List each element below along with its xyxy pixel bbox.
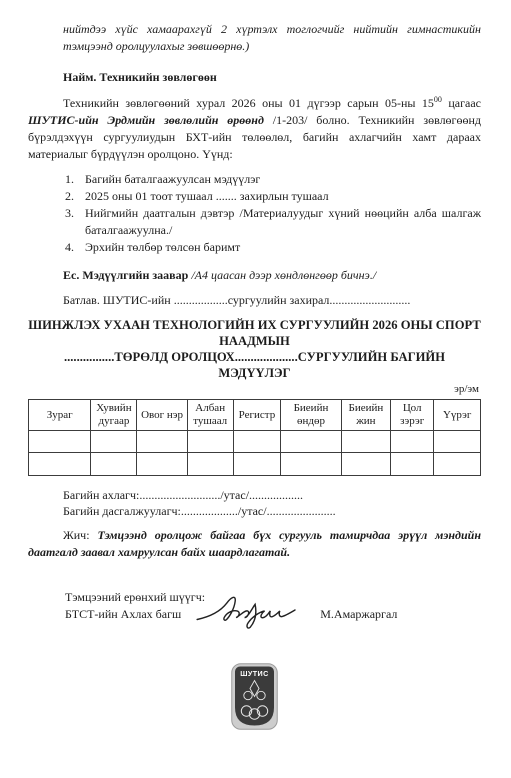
materials-list: 1. Багийн баталгаажуулсан мэдүүлэг 2. 20… [28, 171, 481, 256]
table-cell [341, 453, 390, 476]
table-header-cell: Хувийн дугаар [91, 400, 137, 431]
document-title-line2: ................ТӨРӨЛД ОРОЛЦОХ..........… [28, 349, 481, 381]
list-item-text: Багийн баталгаажуулсан мэдүүлэг [85, 171, 481, 188]
table-cell [341, 431, 390, 453]
team-roster-table: Зураг Хувийн дугаар Овог нэр Албан тушаа… [28, 399, 481, 476]
gender-note: эр/эм [28, 383, 479, 396]
contact-lines: Багийн ахлагч:..........................… [63, 488, 481, 519]
judge-position: БТСТ-ийн Ахлах багш [65, 606, 181, 622]
section-9-note: /А4 цаасан дээр хөндлөнгөөр бичнэ./ [191, 268, 376, 282]
document-title: ШИНЖЛЭХ УХААН ТЕХНОЛОГИЙН ИХ СУРГУУЛИЙН … [28, 317, 481, 381]
table-cell [137, 431, 187, 453]
section-9-heading: Ес. Мэдүүлгийн заавар /А4 цаасан дээр хө… [63, 267, 481, 284]
table-cell [91, 431, 137, 453]
intro-paragraph: нийтдээ хүйс хамаарахгүй 2 хүртэлх тогло… [63, 21, 481, 55]
list-item-number: 3. [65, 205, 85, 239]
table-header-cell: Цол зэрэг [391, 400, 434, 431]
list-item-number: 1. [65, 171, 85, 188]
document-title-line1: ШИНЖЛЭХ УХААН ТЕХНОЛОГИЙН ИХ СУРГУУЛИЙН … [28, 317, 481, 349]
captain-line: Багийн ахлагч:..........................… [63, 488, 481, 504]
table-cell [29, 453, 91, 476]
list-item-text: Эрхийн төлбөр төлсөн баримт [85, 239, 481, 256]
table-cell [434, 453, 481, 476]
note-label: Жич: [63, 528, 97, 542]
list-item-number: 4. [65, 239, 85, 256]
table-cell [187, 453, 233, 476]
paragraph-text-a: Техникийн зөвлөгөөний хурал 2026 оны 01 … [63, 96, 434, 110]
section-8-heading: Найм. Техникийн зөвлөгөөн [63, 69, 481, 86]
table-row [29, 453, 481, 476]
note-paragraph: Жич: Тэмцээнд оролцож байгаа бүх сургуул… [28, 527, 481, 561]
table-cell [233, 431, 280, 453]
judge-name: М.Амаржаргал [320, 606, 397, 622]
list-item-number: 2. [65, 188, 85, 205]
list-item: 1. Багийн баталгаажуулсан мэдүүлэг [65, 171, 481, 188]
table-cell [137, 453, 187, 476]
table-header-row: Зураг Хувийн дугаар Овог нэр Албан тушаа… [29, 400, 481, 431]
signoff-block: Тэмцээний ерөнхий шүүгч: БТСТ-ийн Ахлах … [65, 589, 481, 623]
list-item: 4. Эрхийн төлбөр төлсөн баримт [65, 239, 481, 256]
section-9-title: Ес. Мэдүүлгийн заавар [63, 268, 191, 282]
table-cell [29, 431, 91, 453]
judge-signature-row: БТСТ-ийн Ахлах багш М.Амаржаргал [65, 605, 481, 623]
table-row [29, 431, 481, 453]
venue-text: ШУТИС-ийн Эрдмийн зөвлөлийн өрөөнд [28, 113, 264, 127]
shutis-logo-icon: ШУТИС [231, 663, 278, 730]
technical-meeting-paragraph: Техникийн зөвлөгөөний хурал 2026 оны 01 … [28, 95, 481, 163]
table-cell [187, 431, 233, 453]
list-item: 2. 2025 оны 01 тоот тушаал ....... захир… [65, 188, 481, 205]
table-header-cell: Үүрэг [434, 400, 481, 431]
table-cell [91, 453, 137, 476]
paragraph-text-b: цагаас [442, 96, 481, 110]
signature-icon [195, 591, 300, 629]
coach-line: Багийн дасгалжуулагч:...................… [63, 504, 481, 520]
table-header-cell: Зураг [29, 400, 91, 431]
table-cell [233, 453, 280, 476]
list-item-text: Нийгмийн даатгалын дэвтэр /Материалуудыг… [85, 205, 481, 239]
table-cell [434, 431, 481, 453]
list-item-text: 2025 оны 01 тоот тушаал ....... захирлын… [85, 188, 481, 205]
logo-container: ШУТИС [28, 663, 481, 735]
table-header-cell: Албан тушаал [187, 400, 233, 431]
table-header-cell: Биеийн өндөр [281, 400, 342, 431]
time-superscript: 00 [434, 95, 442, 104]
approval-line: Батлав. ШУТИС-ийн ..................сург… [63, 292, 481, 309]
list-item: 3. Нийгмийн даатгалын дэвтэр /Материалуу… [65, 205, 481, 239]
table-cell [391, 453, 434, 476]
document-page: нийтдээ хүйс хамаарахгүй 2 хүртэлх тогло… [0, 0, 511, 778]
table-header-cell: Биеийн жин [341, 400, 390, 431]
table-cell [391, 431, 434, 453]
table-cell [281, 431, 342, 453]
table-header-cell: Овог нэр [137, 400, 187, 431]
table-cell [281, 453, 342, 476]
logo-text: ШУТИС [240, 669, 268, 678]
table-header-cell: Регистр [233, 400, 280, 431]
